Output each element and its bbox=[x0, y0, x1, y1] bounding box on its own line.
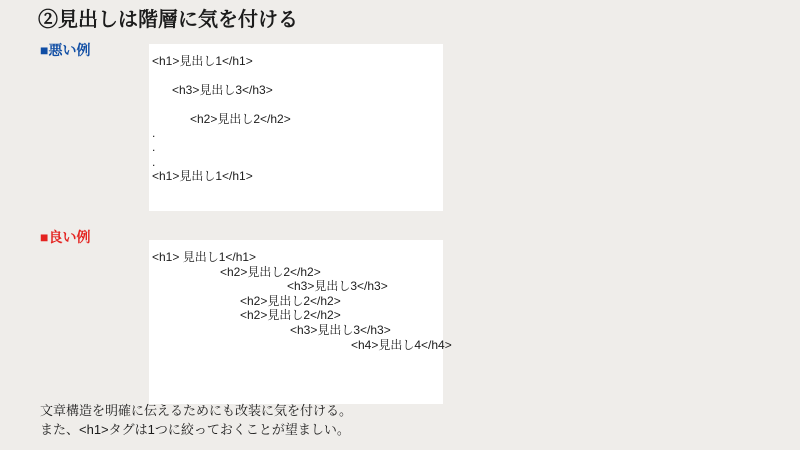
page-title: ②見出しは階層に気を付ける bbox=[38, 6, 298, 34]
code-line: . bbox=[152, 126, 443, 140]
code-line: <h2>見出し2</h2> bbox=[152, 265, 443, 280]
good-example-label: ■良い例 bbox=[40, 230, 90, 245]
code-line bbox=[152, 97, 443, 111]
code-line: <h3>見出し3</h3> bbox=[152, 279, 443, 294]
code-line: <h2>見出し2</h2> bbox=[152, 112, 443, 126]
bad-example-code-box: <h1>見出し1</h1> <h3>見出し3</h3> <h2>見出し2</h2… bbox=[149, 44, 443, 211]
footer-note-line-2: また、<h1>タグは1つに絞っておくことが望ましい。 bbox=[40, 420, 352, 439]
code-line: <h2>見出し2</h2> bbox=[152, 308, 443, 323]
code-line: <h1> 見出し1</h1> bbox=[152, 250, 443, 265]
code-line: <h4>見出し4</h4> bbox=[152, 338, 443, 353]
code-line: <h2>見出し2</h2> bbox=[152, 294, 443, 309]
code-line: <h3>見出し3</h3> bbox=[152, 323, 443, 338]
code-line: <h3>見出し3</h3> bbox=[152, 83, 443, 97]
good-example-code-box: <h1> 見出し1</h1><h2>見出し2</h2><h3>見出し3</h3>… bbox=[149, 240, 443, 404]
code-line: <h1>見出し1</h1> bbox=[152, 54, 443, 68]
footer-note: 文章構造を明確に伝えるためにも改装に気を付ける。 また、<h1>タグは1つに絞っ… bbox=[40, 401, 352, 439]
slide: { "title": "②見出しは階層に気を付ける", "colors": { … bbox=[0, 0, 800, 450]
code-line: . bbox=[152, 155, 443, 169]
code-line: <h1>見出し1</h1> bbox=[152, 169, 443, 183]
bad-example-label: ■悪い例 bbox=[40, 43, 90, 58]
code-line bbox=[152, 68, 443, 82]
bad-example-code: <h1>見出し1</h1> <h3>見出し3</h3> <h2>見出し2</h2… bbox=[149, 44, 443, 184]
good-example-code: <h1> 見出し1</h1><h2>見出し2</h2><h3>見出し3</h3>… bbox=[149, 240, 443, 352]
footer-note-line-1: 文章構造を明確に伝えるためにも改装に気を付ける。 bbox=[40, 401, 352, 420]
code-line: . bbox=[152, 140, 443, 154]
